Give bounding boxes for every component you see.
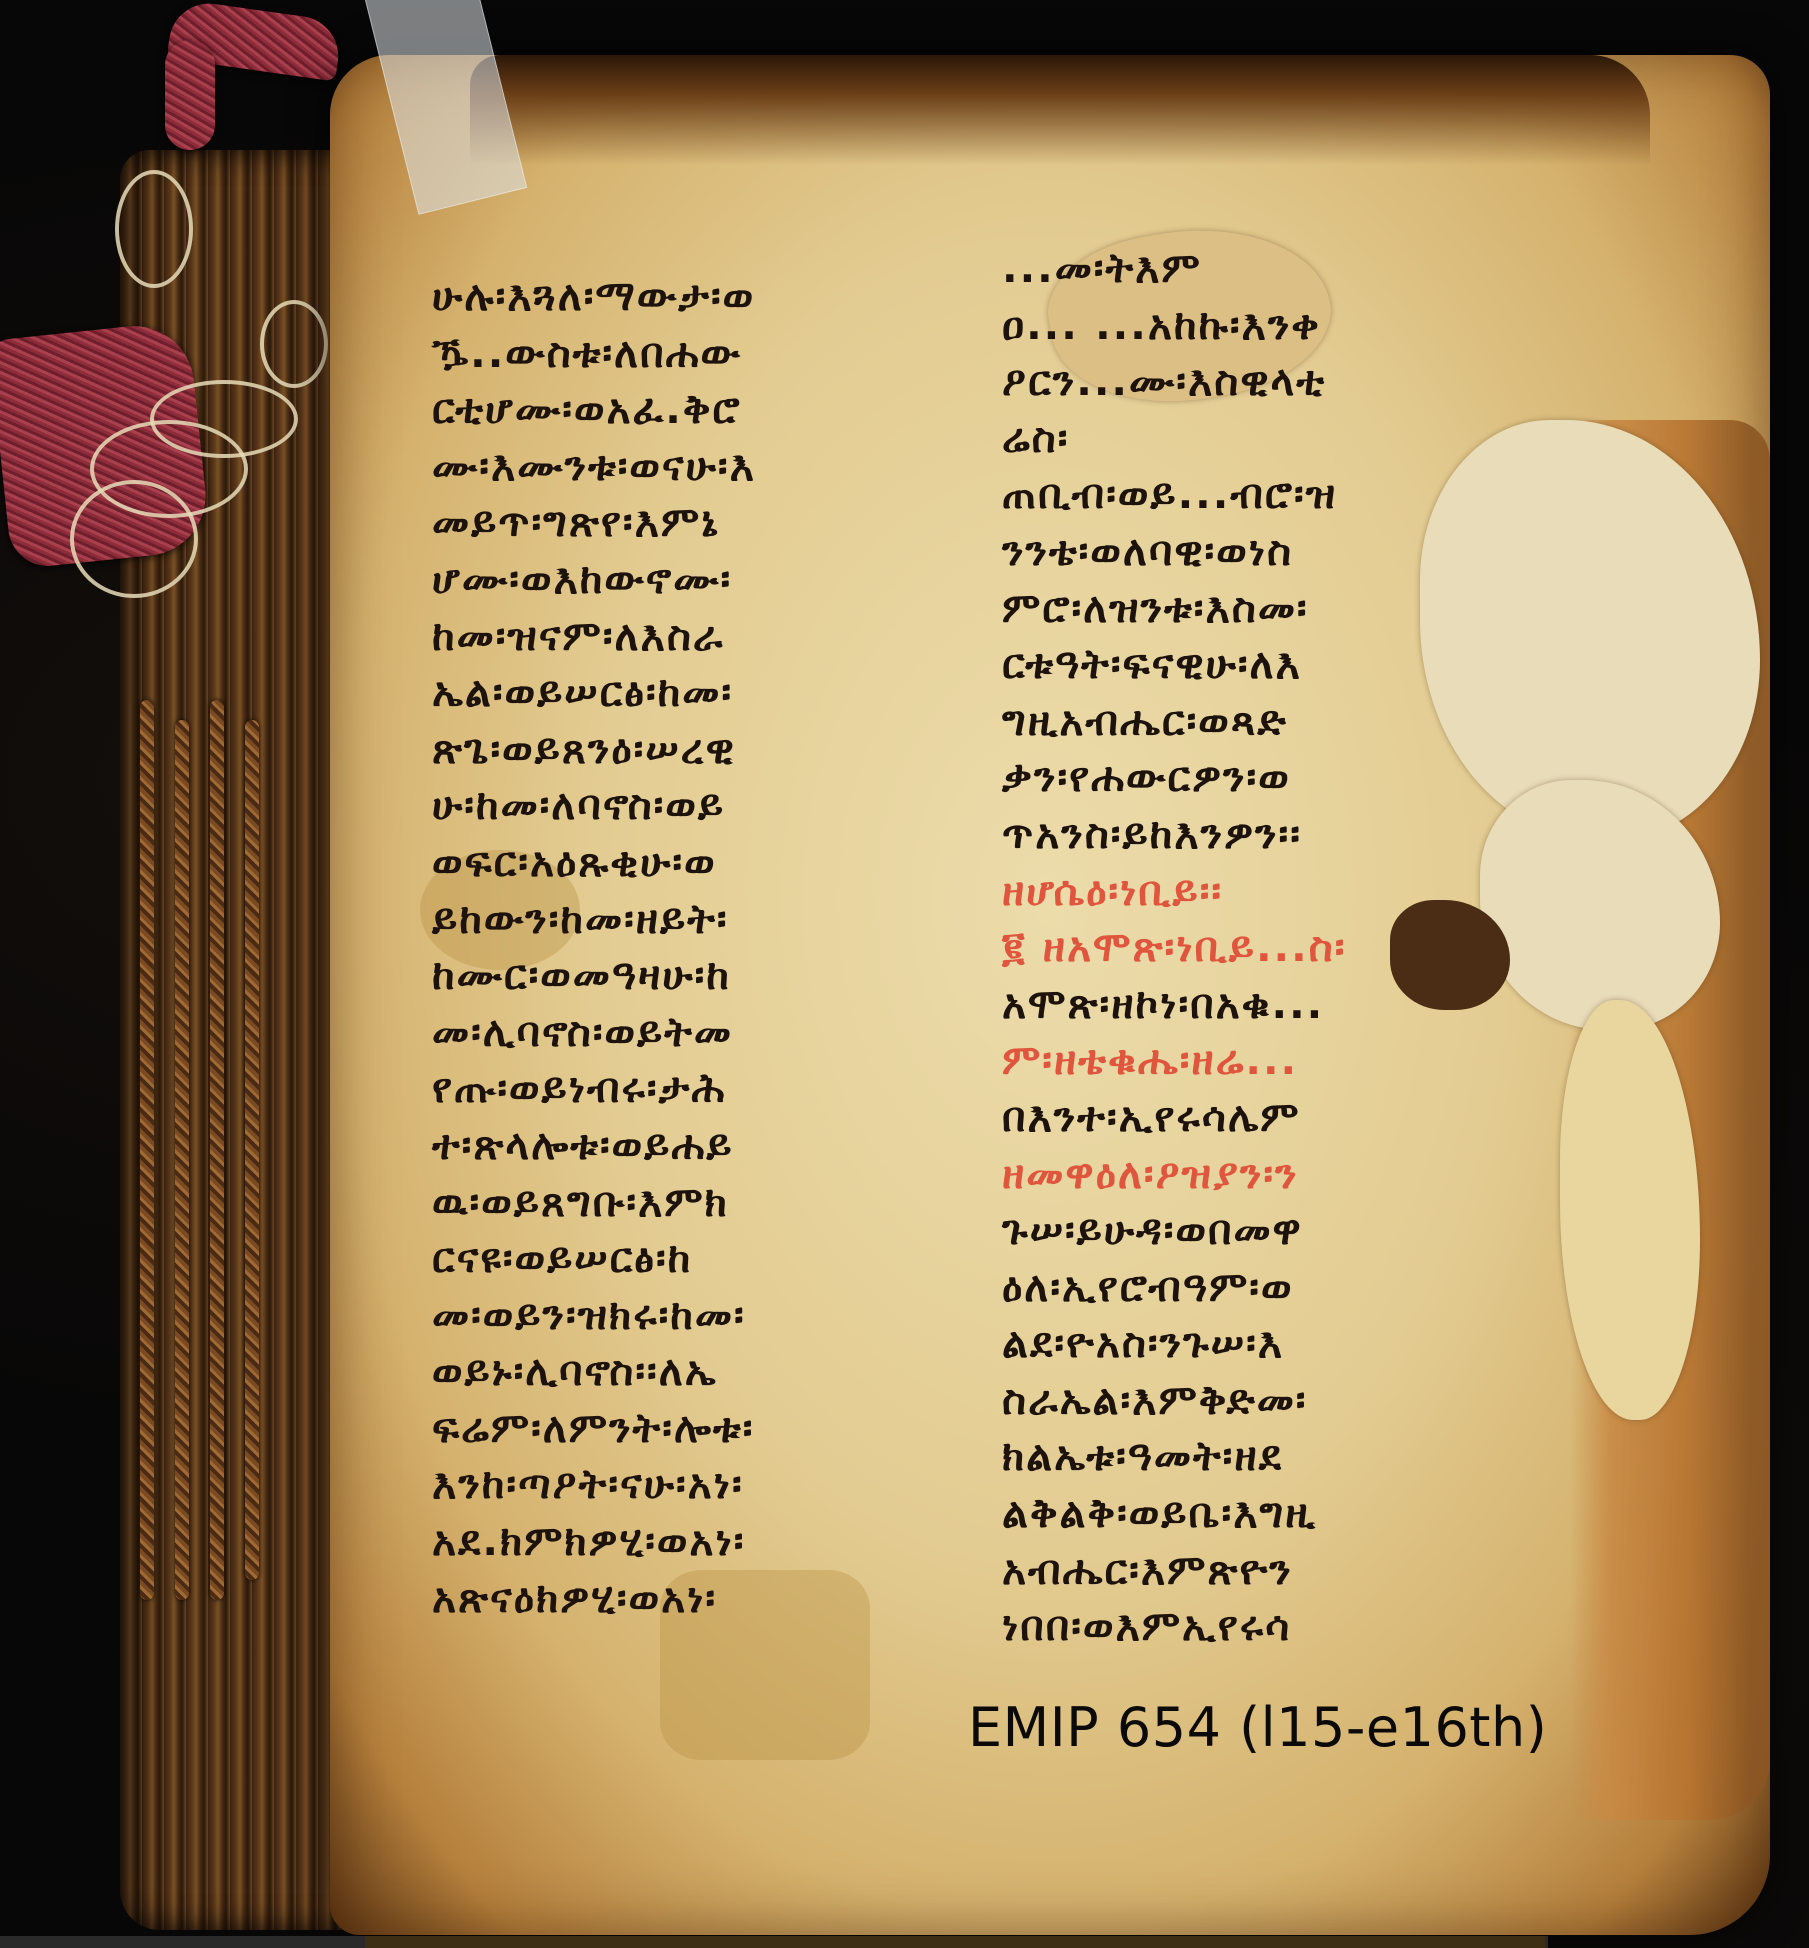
text-line: ተ፡ጽላሎቱ፡ወይሐይ — [432, 1117, 756, 1174]
text-line: ዄ..ውስቱ፡ለበሐው — [432, 325, 756, 382]
thread-loop — [260, 300, 328, 388]
text-line: ጠቢብ፡ወይ...ብሮ፡ዝ — [1002, 466, 1346, 523]
manuscript-caption: EMIP 654 (l15-e16th) — [968, 1696, 1547, 1759]
text-line: ጽጌ፡ወይጸንዕ፡ሠረዊ — [432, 721, 756, 778]
right-text-column: ...መ፡ትእምዐ... ...አከኩ፡እንቀዖርን...ሙ፡እስዊላቲሬስ፡ጠ… — [1002, 240, 1346, 1655]
text-line: እንከ፡ጣዖት፡ናሁ፡አነ፡ — [432, 1456, 756, 1513]
text-line: ስራኤል፡እምቅድመ፡ — [1002, 1372, 1346, 1429]
text-line: ዕለ፡ኢየሮብዓም፡ወ — [1002, 1259, 1346, 1316]
text-line: ከመ፡ዝናም፡ለእስራ — [432, 608, 756, 665]
text-line: ነበበ፡ወእምኢየሩሳ — [1002, 1598, 1346, 1655]
thread-loop — [150, 380, 298, 458]
text-line: ርቱዓት፡ፍናዊሁ፡ለእ — [1002, 636, 1346, 693]
burned-top-edge — [470, 55, 1650, 165]
rubric-text-line: ዘመዋዕለ፡ዖዝያን፡ን — [1002, 1146, 1346, 1203]
text-line: ጥአንስ፡ይከእንዎን፡፡ — [1002, 806, 1346, 863]
text-line: ሬስ፡ — [1002, 410, 1346, 467]
binding-cord — [140, 700, 154, 1600]
text-line: ወይኑ፡ሊባኖስ፡፡ለኤ — [432, 1343, 756, 1400]
bottom-scrollbar-thumb[interactable] — [365, 1936, 1545, 1948]
text-line: ሙ፡እሙንቱ፡ወናሁ፡እ — [432, 438, 756, 495]
rubric-text-line: ፪ ዘአሞጽ፡ነቢይ...ስ፡ — [1002, 919, 1346, 976]
thread-loop — [115, 170, 193, 288]
text-line: አጽናዕክዎሂ፡ወአነ፡ — [432, 1570, 756, 1627]
red-cloth-loop — [165, 40, 215, 150]
text-line: መ፡ወይን፡ዝክሩ፡ከመ፡ — [432, 1287, 756, 1344]
text-line: አብሔር፡እምጽዮን — [1002, 1542, 1346, 1599]
text-line: ምሮ፡ለዝንቱ፡እስመ፡ — [1002, 580, 1346, 637]
text-line: ዐ... ...አከኩ፡እንቀ — [1002, 297, 1346, 354]
binding-cord — [245, 720, 259, 1580]
rubric-text-line: ም፡ዘቴቁሔ፡ዘሬ... — [1002, 1032, 1346, 1089]
text-line: የጡ፡ወይነብሩ፡ታሕ — [432, 1060, 756, 1117]
text-line: ኤል፡ወይሠርፅ፡ከመ፡ — [432, 664, 756, 721]
text-line: አደ.ክምክዎሂ፡ወአነ፡ — [432, 1513, 756, 1570]
text-line: ቃን፡የሐውርዎን፡ወ — [1002, 749, 1346, 806]
text-line: ርናዩ፡ወይሠርፅ፡ከ — [432, 1230, 756, 1287]
text-line: ርቲሆሙ፡ወአፈ.ቅሮ — [432, 381, 756, 438]
text-line: ግዚአብሔር፡ወጻድ — [1002, 693, 1346, 750]
text-line: ...መ፡ትእም — [1002, 240, 1346, 297]
text-line: ከሙር፡ወመዓዛሁ፡ከ — [432, 947, 756, 1004]
text-line: ንንቴ፡ወለባዊ፡ወነስ — [1002, 523, 1346, 580]
text-line: መይጥ፡ግጽየ፡እምኔ — [432, 494, 756, 551]
text-line: ልደ፡ዮአስ፡ንጉሠ፡እ — [1002, 1315, 1346, 1372]
text-line: አሞጽ፡ዘኮነ፡በአቁ... — [1002, 976, 1346, 1033]
text-line: ልቅልቅ፡ወይቤ፡እግዚ — [1002, 1485, 1346, 1542]
text-line: ፍሬም፡ለምንት፡ሎቱ፡ — [432, 1400, 756, 1457]
text-line: ሆሙ፡ወእከውኖሙ፡ — [432, 551, 756, 608]
text-line: በእንተ፡ኢየሩሳሌም — [1002, 1089, 1346, 1146]
text-line: ዖርን...ሙ፡እስዊላቲ — [1002, 353, 1346, 410]
binding-cord — [210, 700, 224, 1600]
left-text-column: ሁሉ፡እጓለ፡ማውታ፡ወ ዄ..ውስቱ፡ለበሐው ርቲሆሙ፡ወአፈ.ቅሮ ሙ፡እ… — [432, 268, 756, 1626]
text-line: ሁ፡ከመ፡ለባኖስ፡ወይ — [432, 777, 756, 834]
text-line: ጉሠ፡ይሁዳ፡ወበመዋ — [1002, 1202, 1346, 1259]
text-line: ዉ፡ወይጸግቡ፡እምክ — [432, 1174, 756, 1231]
text-line: ወፍር፡አዕጹቂሁ፡ወ — [432, 834, 756, 891]
text-line: ክልኤቱ፡ዓመት፡ዘደ — [1002, 1428, 1346, 1485]
text-line: ሁሉ፡እጓለ፡ማውታ፡ወ — [432, 268, 756, 325]
thread-loop — [70, 480, 198, 598]
binding-cord — [175, 720, 189, 1600]
text-line: ይከውን፡ከመ፡ዘይት፡ — [432, 891, 756, 948]
text-line: መ፡ሊባኖስ፡ወይትመ — [432, 1004, 756, 1061]
rubric-text-line: ዘሆሴዕ፡ነቢይ፡፡ — [1002, 863, 1346, 920]
